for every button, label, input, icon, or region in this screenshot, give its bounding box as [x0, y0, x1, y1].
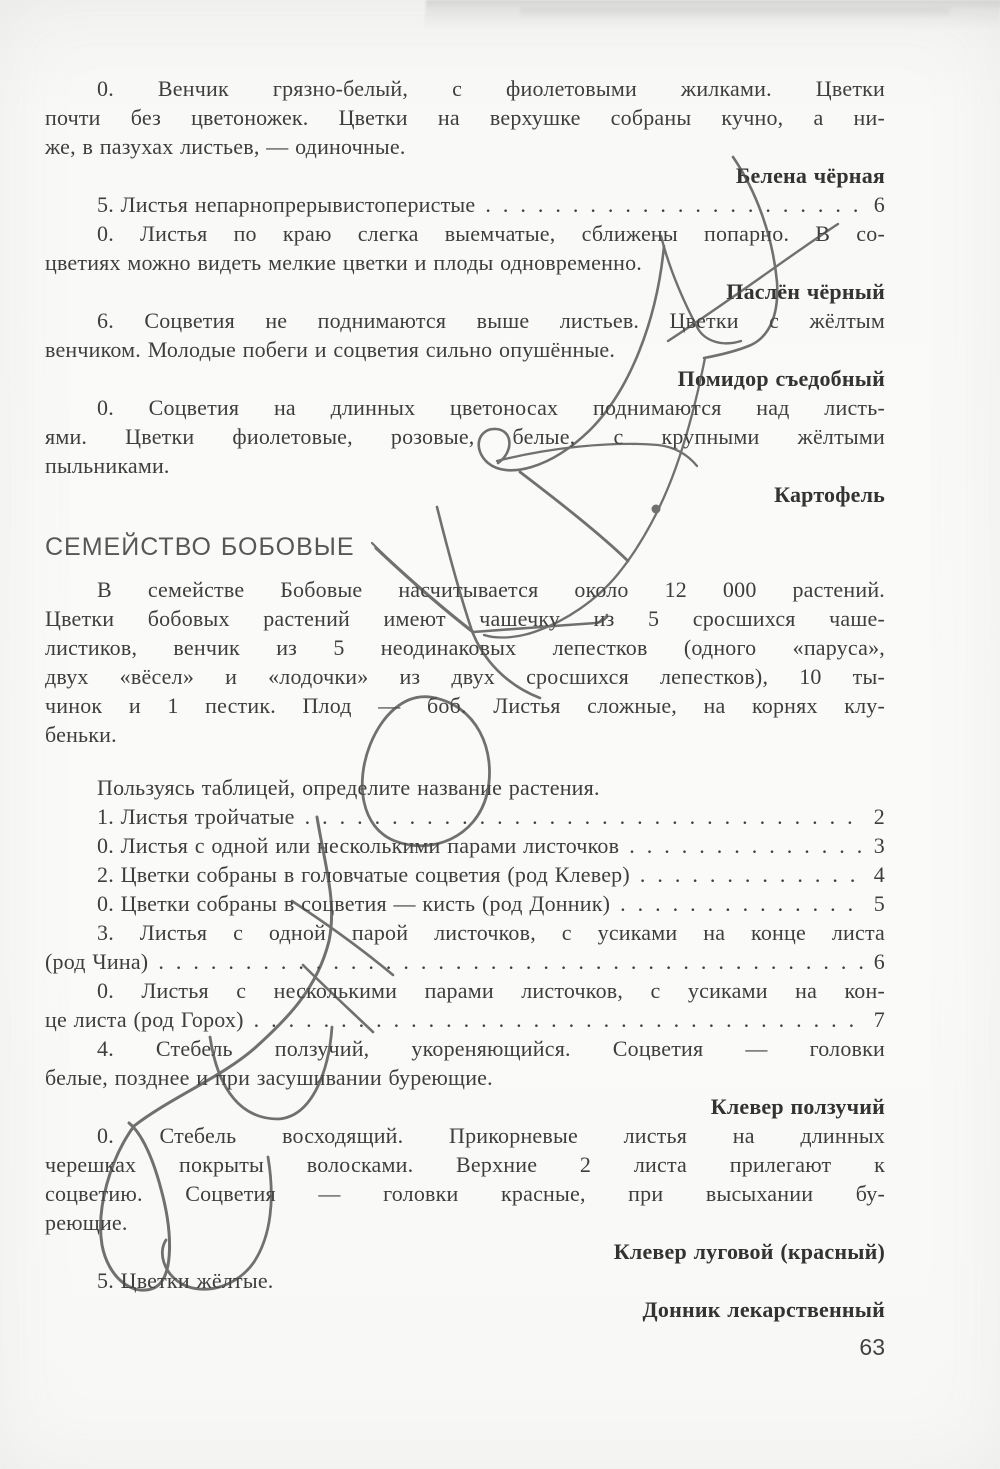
key-target-number: 6	[874, 947, 885, 976]
key-target-number: 4	[874, 860, 885, 889]
key-text: 0. Цветки собраны в соцветия — кисть (ро…	[97, 889, 610, 918]
text-line: венчиком. Молодые побеги и соцветия силь…	[45, 335, 885, 364]
scanned-book-page: { "page": { "number": "63", "background"…	[0, 0, 1000, 1469]
key-row: 5. Листья непарнопрерывистоперистые6	[45, 190, 885, 219]
species-name: Белена чёрная	[45, 161, 885, 190]
species-name: Картофель	[45, 480, 885, 509]
text-line: 0. Листья по краю слегка выемчатые, сбли…	[45, 219, 885, 248]
key-row: 2. Цветки собраны в головчатые соцветия …	[45, 860, 885, 889]
section-heading: СЕМЕЙСТВО БОБОВЫЕ	[45, 533, 885, 562]
key-target-number: 6	[874, 190, 885, 219]
dot-leader	[305, 802, 866, 831]
text-line: 5. Цветки жёлтые.	[45, 1266, 885, 1295]
dot-leader	[158, 947, 865, 976]
key-target-number: 3	[874, 831, 885, 860]
key-text: 1. Листья тройчатые	[97, 802, 295, 831]
text-line: Цветки бобовых растений имеют чашечку из…	[45, 604, 885, 633]
text-line: 3. Листья с одной парой листочков, с уси…	[45, 918, 885, 947]
species-name: Паслён чёрный	[45, 277, 885, 306]
dot-leader	[640, 860, 866, 889]
species-name: Помидор съедобный	[45, 364, 885, 393]
text-line: 0. Венчик грязно-белый, с фиолетовыми жи…	[45, 74, 885, 103]
species-name: Донник лекарственный	[45, 1295, 885, 1324]
key-text: 5. Листья непарнопрерывистоперистые	[97, 190, 475, 219]
text-line: чинок и 1 пестик. Плод — боб. Листья сло…	[45, 691, 885, 720]
text-line: реющие.	[45, 1208, 885, 1237]
scan-smudge-inner	[520, 8, 950, 18]
text-line: же, в пазухах листьев, — одиночные.	[45, 132, 885, 161]
key-row: 0. Цветки собраны в соцветия — кисть (ро…	[45, 889, 885, 918]
dot-leader	[629, 831, 866, 860]
key-text: це листа (род Горох)	[45, 1005, 244, 1034]
text-line: черешках покрыты волосками. Верхние 2 ли…	[45, 1150, 885, 1179]
species-name: Клевер луговой (красный)	[45, 1237, 885, 1266]
text-line: 0. Стебель восходящий. Прикорневые листь…	[45, 1121, 885, 1150]
page-background: 0. Венчик грязно-белый, с фиолетовыми жи…	[0, 0, 1000, 1469]
key-target-number: 7	[874, 1005, 885, 1034]
text-line: Пользуясь таблицей, определите название …	[45, 773, 885, 802]
text-line: 0. Соцветия на длинных цветоносах подним…	[45, 393, 885, 422]
key-text: 2. Цветки собраны в головчатые соцветия …	[97, 860, 630, 889]
text-line: ями. Цветки фиолетовые, розовые, белые, …	[45, 422, 885, 451]
key-row: 1. Листья тройчатые2	[45, 802, 885, 831]
key-row: (род Чина)6	[45, 947, 885, 976]
text-line: листиков, венчик из 5 неодинаковых лепес…	[45, 633, 885, 662]
key-row: це листа (род Горох)7	[45, 1005, 885, 1034]
key-row: 0. Листья с одной или несколькими парами…	[45, 831, 885, 860]
text-line: В семействе Бобовые насчитывается около …	[45, 575, 885, 604]
dot-leader	[254, 1005, 866, 1034]
key-text: 0. Листья с одной или несколькими парами…	[97, 831, 619, 860]
page-number: 63	[859, 1334, 885, 1361]
text-block: 0. Венчик грязно-белый, с фиолетовыми жи…	[45, 74, 885, 1324]
text-line: почти без цветоножек. Цветки на верхушке…	[45, 103, 885, 132]
text-line: 0. Листья с несколькими парами листочков…	[45, 976, 885, 1005]
text-line: 6. Соцветия не поднимаются выше листьев.…	[45, 306, 885, 335]
text-line: 4. Стебель ползучий, укореняющийся. Соцв…	[45, 1034, 885, 1063]
text-line: беньки.	[45, 720, 885, 749]
key-text: (род Чина)	[45, 947, 148, 976]
dot-leader	[620, 889, 866, 918]
text-line: соцветию. Соцветия — головки красные, пр…	[45, 1179, 885, 1208]
text-line: двух «вёсел» и «лодочки» из двух сросших…	[45, 662, 885, 691]
key-target-number: 5	[874, 889, 885, 918]
text-line: цветиях можно видеть мелкие цветки и пло…	[45, 248, 885, 277]
dot-leader	[485, 190, 865, 219]
text-line: белые, позднее и при засушивании буреющи…	[45, 1063, 885, 1092]
key-target-number: 2	[874, 802, 885, 831]
species-name: Клевер ползучий	[45, 1092, 885, 1121]
text-line: пыльниками.	[45, 451, 885, 480]
